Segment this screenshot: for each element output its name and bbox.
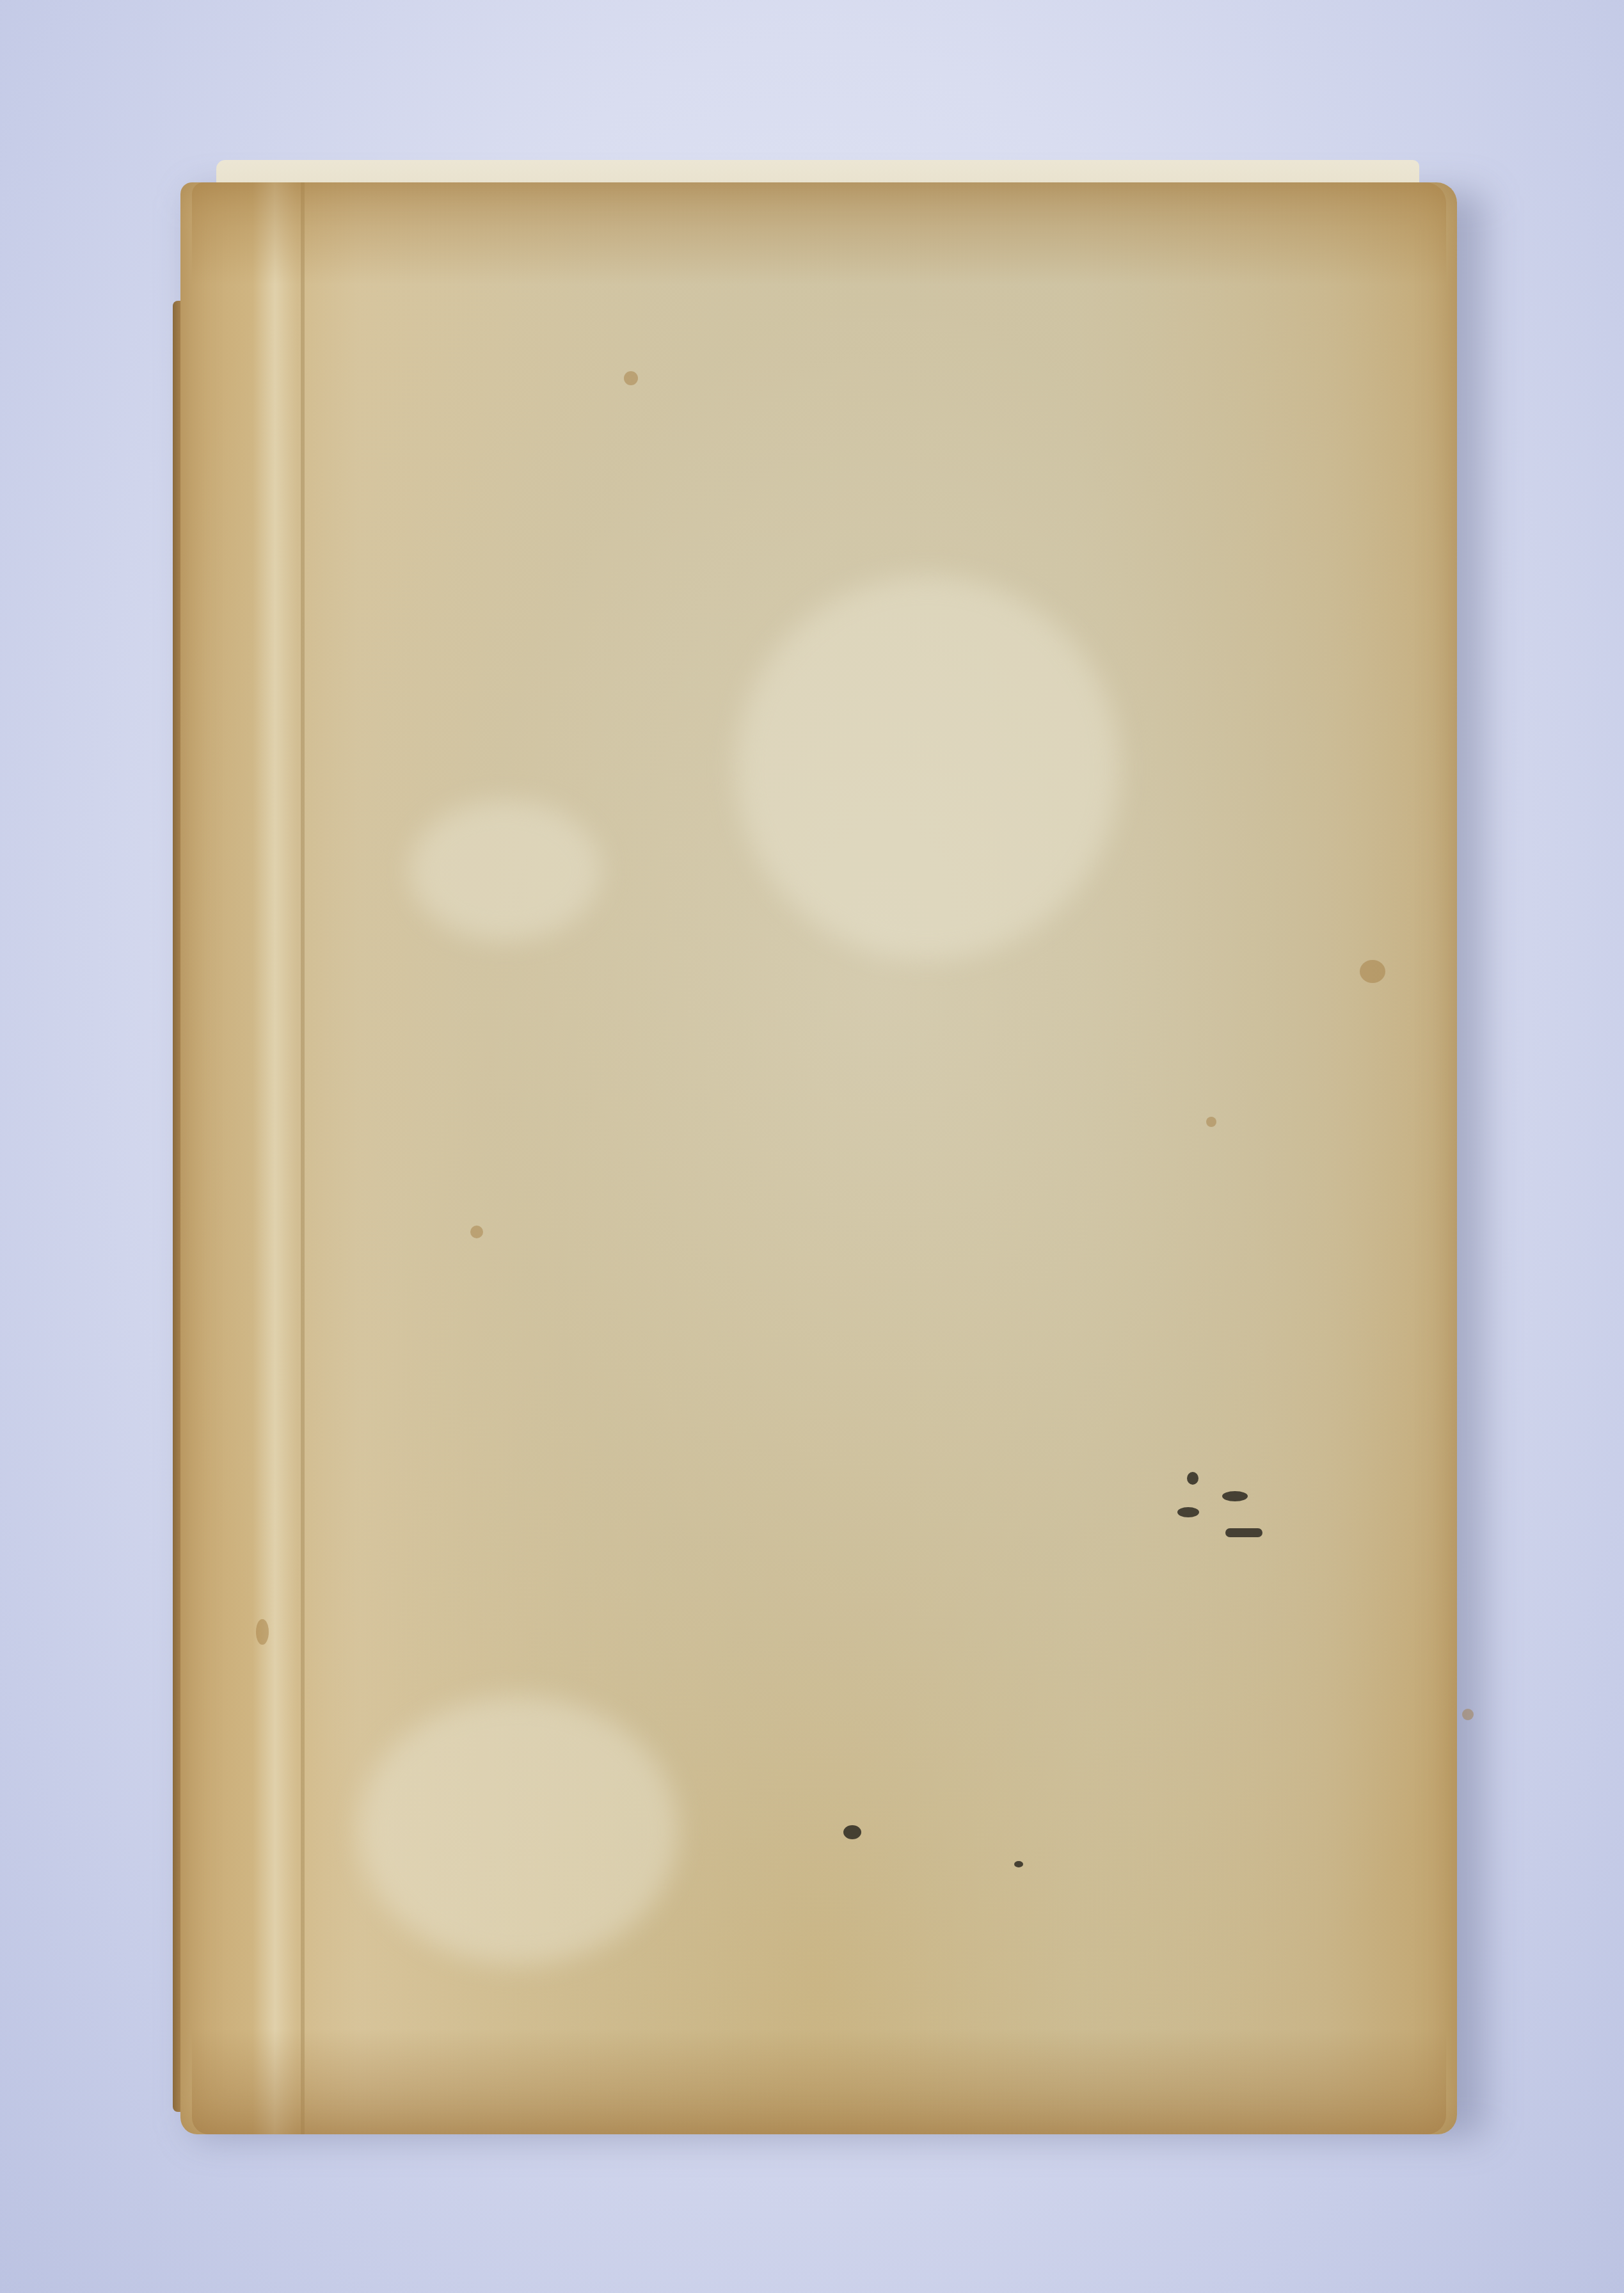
ink-mark-bottom-right [1014,1861,1023,1867]
spine-fold-band [253,182,298,2134]
top-edge-wear [192,182,1446,285]
foxing-spot [470,1226,483,1238]
ink-stain [1222,1491,1248,1501]
foxing-spot [624,371,638,385]
ink-mark-bottom-left [843,1825,861,1839]
light-water-mark [736,576,1120,960]
foxing-spot [1360,960,1385,983]
light-water-mark [358,1696,678,1965]
light-water-mark [410,800,601,941]
spine-crease-line [301,182,305,2134]
foxing-spot [1206,1117,1216,1127]
foxing-spot [1462,1709,1474,1720]
foxing-spot [256,1619,269,1645]
ink-stain [1225,1528,1262,1537]
ink-stain [1187,1472,1198,1485]
ink-stain [1177,1507,1199,1517]
bottom-edge-wear [192,2029,1446,2134]
